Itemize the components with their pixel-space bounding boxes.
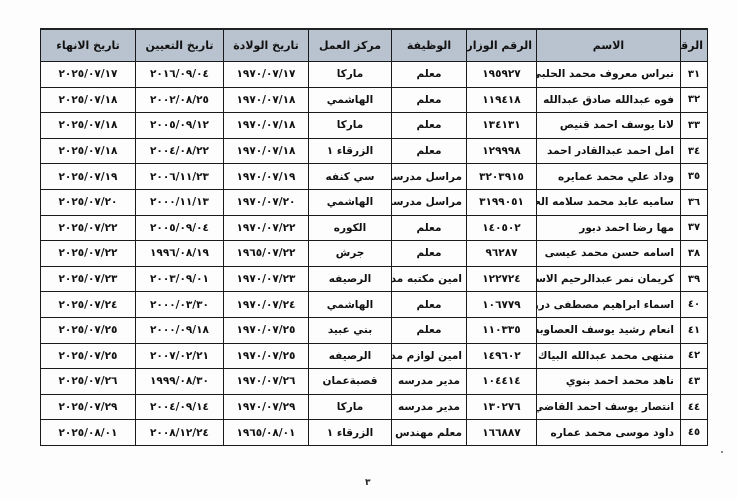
cell-work-center: الرصيفه [309,266,392,292]
cell-name: انعام رشيد يوسف العصاوبه [537,317,681,343]
cell-num: ٤١ [681,317,708,343]
header-job: الوظيفة [392,29,467,62]
cell-ministry-no: ١١٩٤١٨ [467,87,537,113]
cell-end-date: ٢٠٢٥/٠٧/١٧ [41,62,136,88]
cell-hire-date: ٢٠٠٥/٠٩/٠٤ [136,215,224,241]
cell-ministry-no: ١٤٠٥٠٢ [467,215,537,241]
header-end-date: تاريخ الانهاء [41,29,136,62]
cell-num: ٣١ [681,62,708,88]
cell-end-date: ٢٠٢٥/٠٨/٠١ [41,420,136,446]
cell-hire-date: ١٩٩٩/٠٨/٣٠ [136,369,224,395]
cell-birth-date: ١٩٦٥/٠٨/٠١ [224,420,309,446]
document-page: الرقم الاسم الرقم الوزاري الوظيفة مركز ا… [0,0,737,500]
cell-num: ٤٣ [681,369,708,395]
header-birth-date: تاريخ الولادة [224,29,309,62]
cell-name: لانا يوسف احمد قنيص [537,113,681,139]
cell-job: مدير مدرسه [392,369,467,395]
cell-hire-date: ٢٠٠٨/١٢/٢٤ [136,420,224,446]
cell-work-center: الهاشمي [309,292,392,318]
table-row: ٤٥داود موسى محمد عماره١٦٦٨٨٧معلم مهندسال… [41,420,708,446]
cell-name: مها رضا احمد دبور [537,215,681,241]
cell-end-date: ٢٠٢٥/٠٧/٢٢ [41,215,136,241]
header-ministry-no: الرقم الوزاري [467,29,537,62]
cell-num: ٤٠ [681,292,708,318]
cell-work-center: ماركا [309,394,392,420]
cell-job: امين لوازم مدرسه [392,343,467,369]
cell-birth-date: ١٩٧٠/٠٧/٢٢ [224,215,309,241]
cell-hire-date: ٢٠٠٥/٠٩/١٢ [136,113,224,139]
cell-work-center: الزرقاء ١ [309,138,392,164]
cell-name: كريمان نمر عبدالرحيم الاسود [537,266,681,292]
table-row: ٣٨اسامه حسن محمد عيسى٩٦٢٨٧معلمجرش١٩٦٥/٠٧… [41,241,708,267]
cell-num: ٣٩ [681,266,708,292]
cell-name: اسامه حسن محمد عيسى [537,241,681,267]
cell-job: معلم [392,62,467,88]
cell-name: منتهى محمد عبدالله البياك [537,343,681,369]
cell-job: معلم [392,241,467,267]
cell-job: معلم [392,87,467,113]
cell-job: معلم مهندس [392,420,467,446]
cell-end-date: ٢٠٢٥/٠٧/١٨ [41,138,136,164]
table-header-row: الرقم الاسم الرقم الوزاري الوظيفة مركز ا… [41,29,708,62]
cell-ministry-no: ١٩٥٩٢٧ [467,62,537,88]
cell-hire-date: ٢٠٠٤/٠٩/١٤ [136,394,224,420]
cell-end-date: ٢٠٢٥/٠٧/٢٢ [41,241,136,267]
cell-name: نبراس معروف محمد الحلبي [537,62,681,88]
cell-ministry-no: ١١٠٣٣٥ [467,317,537,343]
cell-end-date: ٢٠٢٥/٠٧/٢٤ [41,292,136,318]
cell-work-center: الزرقاء ١ [309,420,392,446]
cell-num: ٤٤ [681,394,708,420]
cell-ministry-no: ٣١٩٩٠٥١ [467,189,537,215]
cell-birth-date: ١٩٧٠/٠٧/٢٠ [224,189,309,215]
cell-end-date: ٢٠٢٥/٠٧/٢٥ [41,343,136,369]
cell-ministry-no: ٣٢٠٣٩١٥ [467,164,537,190]
table-row: ٤٣ناهد محمد احمد بنوي١٠٤٤١٤مدير مدرسهقصب… [41,369,708,395]
cell-birth-date: ١٩٧٠/٠٧/٢٣ [224,266,309,292]
cell-birth-date: ١٩٧٠/٠٧/١٩ [224,164,309,190]
cell-job: معلم [392,138,467,164]
cell-num: ٣٤ [681,138,708,164]
cell-ministry-no: ١٠٦٧٧٩ [467,292,537,318]
cell-work-center: ماركا [309,113,392,139]
employee-retirement-table: الرقم الاسم الرقم الوزاري الوظيفة مركز ا… [40,28,708,446]
cell-work-center: الرصيفه [309,343,392,369]
cell-job: امين مكتبه مدرسه [392,266,467,292]
cell-name: ساميه عابد محمد سلامه الحجاج [537,189,681,215]
table-row: ٣٦ساميه عابد محمد سلامه الحجاج٣١٩٩٠٥١مرا… [41,189,708,215]
cell-birth-date: ١٩٧٠/٠٧/١٨ [224,138,309,164]
table-row: ٣٣لانا يوسف احمد قنيص١٣٤١٣١معلمماركا١٩٧٠… [41,113,708,139]
cell-ministry-no: ١٣٤١٣١ [467,113,537,139]
cell-name: اسماء ابراهيم مصطفى درويش [537,292,681,318]
cell-hire-date: ٢٠٠٤/٠٨/٢٢ [136,138,224,164]
page-number: ٣ [365,478,371,488]
cell-hire-date: ٢٠٠٦/١١/٢٣ [136,164,224,190]
cell-work-center: جرش [309,241,392,267]
cell-birth-date: ١٩٧٠/٠٧/١٨ [224,113,309,139]
cell-hire-date: ٢٠٠٧/٠٢/٢١ [136,343,224,369]
cell-end-date: ٢٠٢٥/٠٧/٢٩ [41,394,136,420]
cell-end-date: ٢٠٢٥/٠٧/١٨ [41,113,136,139]
cell-end-date: ٢٠٢٥/٠٧/٢٣ [41,266,136,292]
cell-ministry-no: ١٢٢٧٢٤ [467,266,537,292]
cell-job: مراسل مدرسه [392,164,467,190]
cell-num: ٤٢ [681,343,708,369]
cell-birth-date: ١٩٧٠/٠٧/٢٤ [224,292,309,318]
cell-name: فوه عبدالله صادق عبدالله [537,87,681,113]
table-row: ٤٤انتصار يوسف احمد القاضي١٣٠٢٧٦مدير مدرس… [41,394,708,420]
cell-birth-date: ١٩٧٠/٠٧/٢٦ [224,369,309,395]
table-row: ٤١انعام رشيد يوسف العصاوبه١١٠٣٣٥معلمبني … [41,317,708,343]
cell-name: انتصار يوسف احمد القاضي [537,394,681,420]
cell-job: معلم [392,113,467,139]
cell-work-center: الهاشمي [309,189,392,215]
cell-name: امل احمد عبدالقادر احمد [537,138,681,164]
cell-end-date: ٢٠٢٥/٠٧/٢٠ [41,189,136,215]
header-name: الاسم [537,29,681,62]
cell-birth-date: ١٩٧٠/٠٧/٢٥ [224,343,309,369]
cell-hire-date: ٢٠٠٣/٠٩/٠١ [136,266,224,292]
cell-birth-date: ١٩٧٠/٠٧/١٧ [224,62,309,88]
cell-hire-date: ٢٠٠٠/١١/١٣ [136,189,224,215]
cell-work-center: بني عبيد [309,317,392,343]
cell-work-center: قصبةعمان [309,369,392,395]
table-row: ٤٢منتهى محمد عبدالله البياك١٤٩٦٠٢امين لو… [41,343,708,369]
cell-num: ٣٨ [681,241,708,267]
cell-name: ناهد محمد احمد بنوي [537,369,681,395]
header-num: الرقم [681,29,708,62]
cell-num: ٣٥ [681,164,708,190]
cell-num: ٣٧ [681,215,708,241]
cell-job: مراسل مدرسه [392,189,467,215]
cell-name: وداد علي محمد عمايره [537,164,681,190]
table-row: ٣٩كريمان نمر عبدالرحيم الاسود١٢٢٧٢٤امين … [41,266,708,292]
cell-work-center: ماركا [309,62,392,88]
cell-ministry-no: ١٤٩٦٠٢ [467,343,537,369]
cell-hire-date: ٢٠٠٠/٠٩/١٨ [136,317,224,343]
cell-end-date: ٢٠٢٥/٠٧/٢٦ [41,369,136,395]
cell-hire-date: ٢٠١٦/٠٩/٠٤ [136,62,224,88]
cell-num: ٣٣ [681,113,708,139]
header-hire-date: تاريخ التعيين [136,29,224,62]
table-body: ٣١نبراس معروف محمد الحلبي١٩٥٩٢٧معلمماركا… [41,62,708,446]
cell-job: مدير مدرسه [392,394,467,420]
cell-end-date: ٢٠٢٥/٠٧/١٩ [41,164,136,190]
cell-work-center: سي كنفه [309,164,392,190]
cell-work-center: الكوره [309,215,392,241]
cell-work-center: الهاشمي [309,87,392,113]
cell-birth-date: ١٩٦٥/٠٧/٢٢ [224,241,309,267]
cell-name: داود موسى محمد عماره [537,420,681,446]
cell-end-date: ٢٠٢٥/٠٧/١٨ [41,87,136,113]
header-work-center: مركز العمل [309,29,392,62]
cell-hire-date: ٢٠٠٢/٠٨/٢٥ [136,87,224,113]
cell-hire-date: ٢٠٠٠/٠٣/٣٠ [136,292,224,318]
cell-job: معلم [392,215,467,241]
table-row: ٣٢فوه عبدالله صادق عبدالله١١٩٤١٨معلمالها… [41,87,708,113]
cell-birth-date: ١٩٧٠/٠٧/١٨ [224,87,309,113]
cell-ministry-no: ١٣٠٢٧٦ [467,394,537,420]
table-row: ٣١نبراس معروف محمد الحلبي١٩٥٩٢٧معلمماركا… [41,62,708,88]
scan-speck [721,451,723,453]
table-row: ٣٧مها رضا احمد دبور١٤٠٥٠٢معلمالكوره١٩٧٠/… [41,215,708,241]
cell-job: معلم [392,292,467,318]
cell-ministry-no: ١٦٦٨٨٧ [467,420,537,446]
cell-birth-date: ١٩٧٠/٠٧/٢٩ [224,394,309,420]
table-row: ٣٥وداد علي محمد عمايره٣٢٠٣٩١٥مراسل مدرسه… [41,164,708,190]
cell-job: معلم [392,317,467,343]
cell-birth-date: ١٩٧٠/٠٧/٢٥ [224,317,309,343]
table-row: ٤٠اسماء ابراهيم مصطفى درويش١٠٦٧٧٩معلماله… [41,292,708,318]
table-row: ٣٤امل احمد عبدالقادر احمد١٢٩٩٩٨معلمالزرق… [41,138,708,164]
cell-ministry-no: ٩٦٢٨٧ [467,241,537,267]
cell-num: ٤٥ [681,420,708,446]
cell-num: ٣٦ [681,189,708,215]
cell-ministry-no: ١٠٤٤١٤ [467,369,537,395]
cell-end-date: ٢٠٢٥/٠٧/٢٥ [41,317,136,343]
cell-hire-date: ١٩٩٦/٠٨/١٩ [136,241,224,267]
cell-ministry-no: ١٢٩٩٩٨ [467,138,537,164]
cell-num: ٣٢ [681,87,708,113]
